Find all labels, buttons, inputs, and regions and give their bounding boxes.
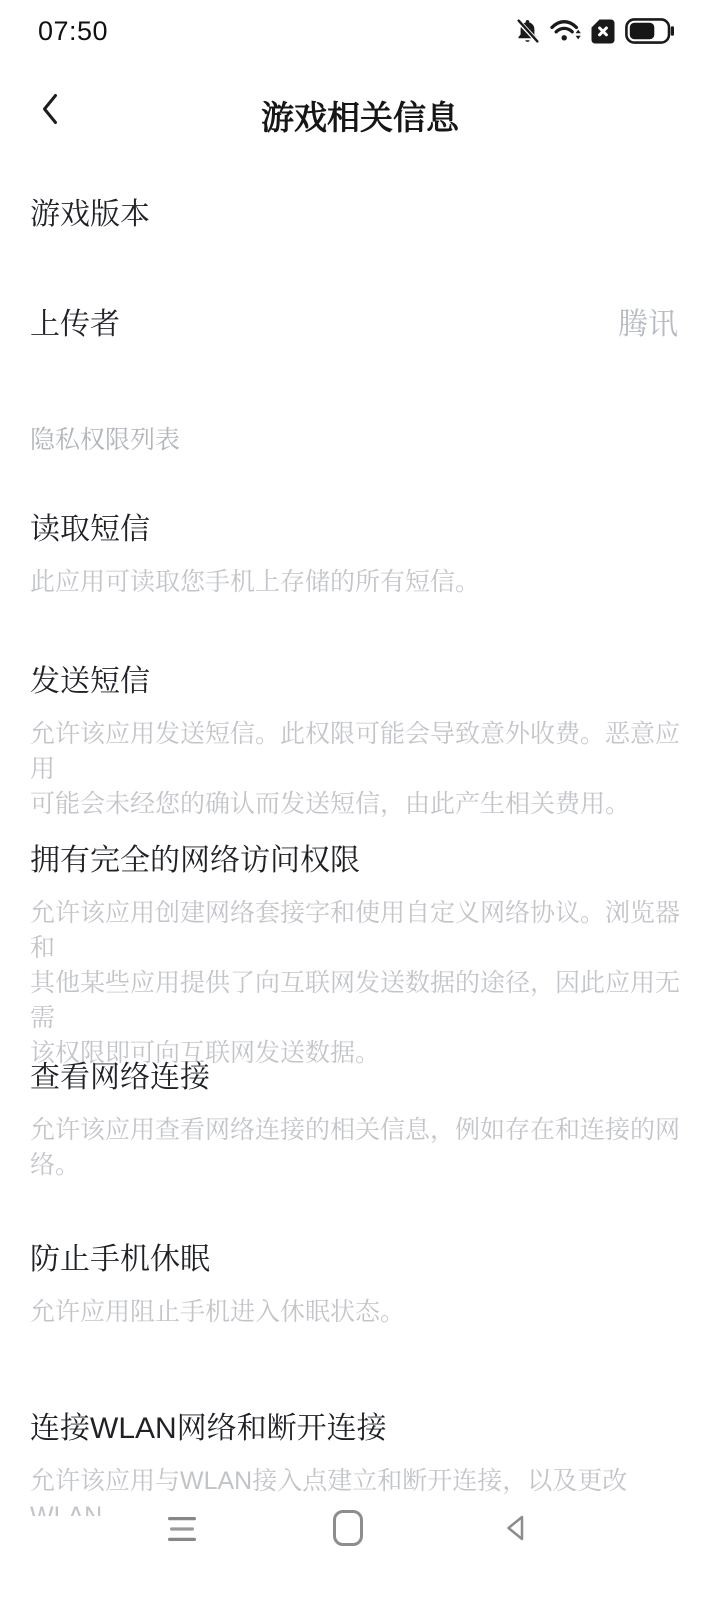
notifications-muted-icon [514,17,541,46]
permission-desc: 允许该应用创建网络套接字和使用自定义网络协议。浏览器和 其他某些应用提供了向互联… [30,896,682,1071]
permission-desc: 允许应用阻止手机进入休眠状态。 [30,1295,682,1330]
app-screen: 07:50 [0,0,720,1600]
wifi-icon [550,18,581,45]
privacy-section-label: 隐私权限列表 [30,424,180,456]
permission-item-wlan-connect-disconnect: 连接WLAN网络和断开连接 允许该应用与WLAN接入点建立和断开连接，以及更改W… [30,1410,682,1516]
permission-name: 连接WLAN网络和断开连接 [30,1410,682,1448]
permission-name: 防止手机休眠 [30,1241,682,1279]
permission-name: 读取短信 [30,511,682,549]
status-icons [514,16,674,46]
permission-item-prevent-sleep: 防止手机休眠 允许应用阻止手机进入休眠状态。 [30,1241,682,1330]
status-time: 07:50 [38,16,108,47]
game-version-label: 游戏版本 [30,196,150,234]
uploader-value: 腾讯 [618,306,678,344]
nav-back-triangle-icon [501,1513,531,1543]
nav-back-button[interactable] [501,1513,531,1546]
permission-name: 发送短信 [30,663,682,701]
no-sim-icon [590,18,616,45]
permission-item-full-network-access: 拥有完全的网络访问权限 允许该应用创建网络套接字和使用自定义网络协议。浏览器和 … [30,842,682,1071]
menu-icon [167,1514,197,1544]
nav-home-button[interactable] [333,1510,363,1546]
uploader-label: 上传者 [30,306,120,344]
permission-item-view-network-connections: 查看网络连接 允许该应用查看网络连接的相关信息，例如存在和连接的网 络。 [30,1059,682,1183]
home-icon [333,1510,363,1546]
uploader-row: 上传者 腾讯 [30,306,678,344]
permission-item-send-sms: 发送短信 允许该应用发送短信。此权限可能会导致意外收费。恶意应用 可能会未经您的… [30,663,682,822]
game-version-row: 游戏版本 [30,196,678,234]
permission-desc: 允许该应用发送短信。此权限可能会导致意外收费。恶意应用 可能会未经您的确认而发送… [30,717,682,822]
permission-item-read-sms: 读取短信 此应用可读取您手机上存储的所有短信。 [30,511,682,600]
permission-desc: 此应用可读取您手机上存储的所有短信。 [30,565,682,600]
page-title: 游戏相关信息 [0,92,720,139]
permission-name: 拥有完全的网络访问权限 [30,842,682,880]
nav-menu-button[interactable] [167,1514,197,1547]
permission-desc: 允许该应用与WLAN接入点建立和断开连接，以及更改WLAN 网络的设备配置。 [30,1464,682,1516]
permission-desc: 允许该应用查看网络连接的相关信息，例如存在和连接的网 络。 [30,1113,682,1183]
battery-icon [625,18,674,44]
permission-name: 查看网络连接 [30,1059,682,1097]
